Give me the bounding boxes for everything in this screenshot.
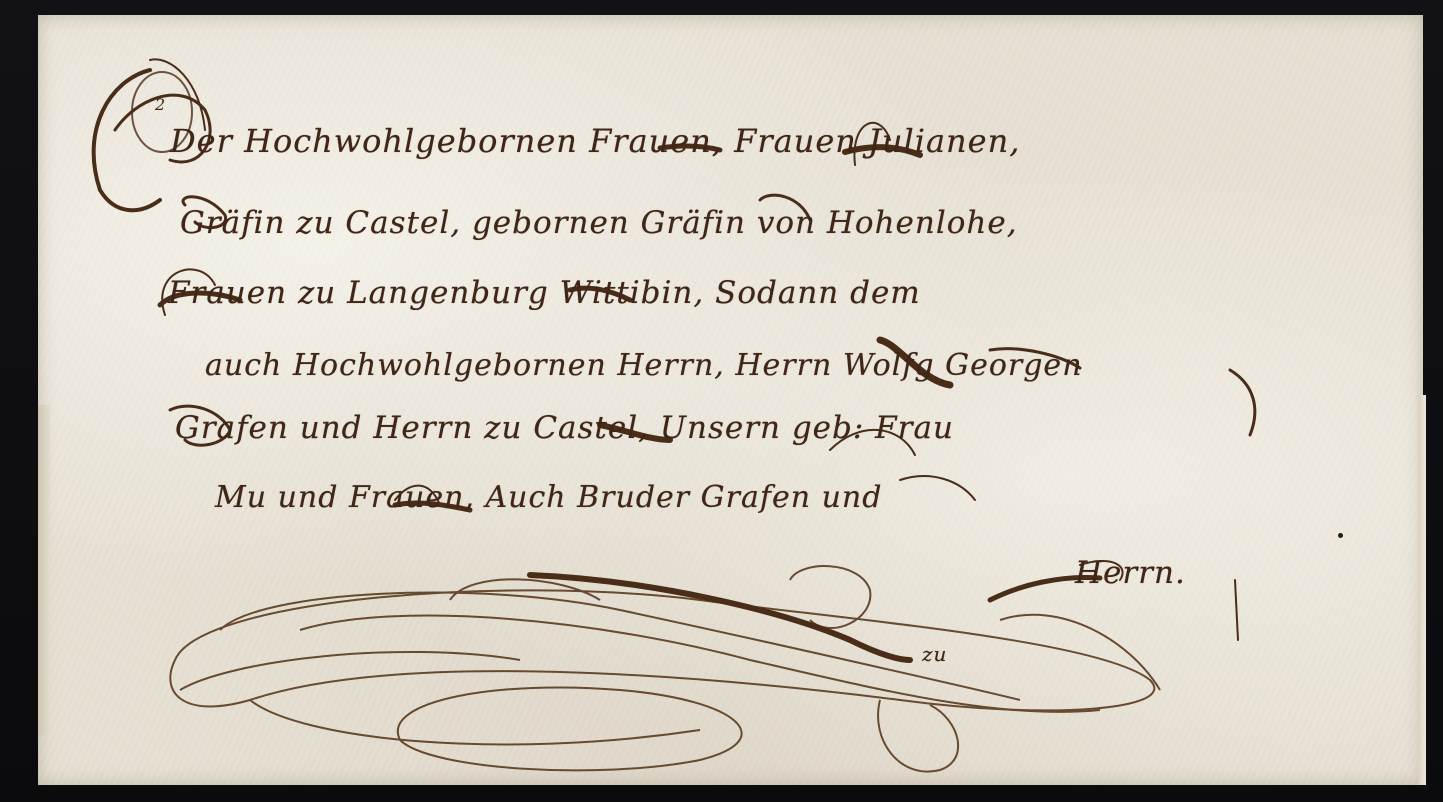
address-line-2: Gräfin zu Castel, gebornen Gräfin von Ho… (180, 205, 1018, 241)
flourish-note: zu (922, 642, 947, 666)
ink-dot (1338, 533, 1343, 538)
address-line-4: auch Hochwohlgebornen Herrn, Herrn Wolfg… (205, 348, 1083, 383)
folio-number: 2 (155, 95, 165, 114)
address-line-5: Grafen und Herrn zu Castel, Unsern geb: … (175, 410, 954, 446)
address-line-1: Der Hochwohlgebornen Frauen, Frauen Juli… (170, 122, 1020, 160)
address-line-6: Mu und Frauen, Auch Bruder Grafen und (215, 480, 882, 515)
address-line-3: Frauen zu Langenburg Wittibin, Sodann de… (168, 275, 921, 311)
initial-letter-flourish (94, 70, 160, 210)
address-line-7: Herrn. (1075, 555, 1186, 591)
ink-flourishes (0, 0, 1443, 802)
closing-flourish (170, 566, 1160, 771)
